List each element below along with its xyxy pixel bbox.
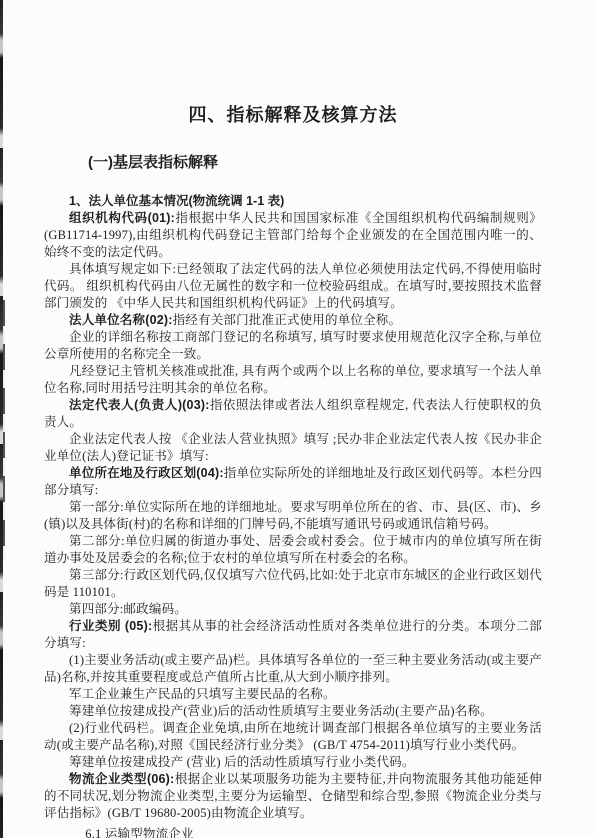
- paragraph: 物流企业类型(06):根据企业以某项服务功能为主要特征,并向物流服务其他功能延伸…: [44, 771, 542, 822]
- document-title: 四、指标解释及核算方法: [44, 102, 542, 128]
- paragraph: 筹建单位按建成投产 (营业) 后的活动性质填写行业小类代码。: [44, 754, 542, 771]
- scanned-document-page: 四、指标解释及核算方法 (一)基层表指标解释 1、法人单位基本情况(物流统调 1…: [0, 0, 594, 838]
- numbered-item: 6.1 运输型物流企业: [44, 826, 542, 838]
- paragraph-list: 组织机构代码(01):指根据中华人民共和国国家标准《全国组织机构代码编制规则》(…: [44, 210, 542, 838]
- paragraph: 筹建单位按建成投产(营业)后的活动性质填写主要业务活动(主要产品)名称。: [44, 703, 542, 720]
- term-label: 法定代表人(负责人)(03):: [69, 398, 210, 412]
- term-label: 物流企业类型(06):: [69, 772, 174, 786]
- paragraph: 具体填写规定如下:已经领取了法定代码的法人单位必须使用法定代码,不得使用临时代码…: [44, 261, 542, 312]
- section-heading: (一)基层表指标解释: [88, 152, 542, 173]
- term-label: 行业类别 (05):: [69, 619, 152, 633]
- paragraph: 行业类别 (05):根据其从事的社会经济活动性质对各类单位进行的分类。本项分二部…: [44, 618, 542, 652]
- paragraph: 法定代表人(负责人)(03):指依照法律或者法人组织章程规定, 代表法人行使职权…: [44, 397, 542, 431]
- scan-edge-artifact: [0, 0, 3, 838]
- paragraph: 法人单位名称(02):指经有关部门批准正式使用的单位全称。: [44, 312, 542, 329]
- paragraph: 第三部分:行政区划代码,仅仅填写六位代码,比如:处于北京市东城区的企业行政区划代…: [44, 567, 542, 601]
- paragraph: 单位所在地及行政区划(04):指单位实际所处的详细地址及行政区划代码等。本栏分四…: [44, 465, 542, 499]
- paragraph: 第二部分:单位归属的街道办事处、居委会或村委会。位于城市内的单位填写所在街道办事…: [44, 533, 542, 567]
- paragraph: 组织机构代码(01):指根据中华人民共和国国家标准《全国组织机构代码编制规则》(…: [44, 210, 542, 261]
- paragraph: 第四部分:邮政编码。: [44, 601, 542, 618]
- paragraph: 第一部分:单位实际所在地的详细地址。要求写明单位所在的省、市、县(区、市)、乡(…: [44, 499, 542, 533]
- subsection-heading: 1、法人单位基本情况(物流统调 1-1 表): [44, 193, 542, 210]
- paragraph: 军工企业兼生产民品的只填写主要民品的名称。: [44, 686, 542, 703]
- paragraph: (2)行业代码栏。调查企业免填,由所在地统计调查部门根据各单位填写的主要业务活动…: [44, 720, 542, 754]
- term-label: 单位所在地及行政区划(04):: [69, 466, 224, 480]
- paragraph: 凡经登记主管机关核准或批准, 具有两个或两个以上名称的单位, 要求填写一个法人单…: [44, 363, 542, 397]
- paragraph: 企业的详细名称按工商部门登记的名称填写, 填写时要求使用规范化汉字全称,与单位公…: [44, 329, 542, 363]
- term-label: 法人单位名称(02):: [69, 313, 173, 327]
- paragraph: (1)主要业务活动(或主要产品)栏。具体填写各单位的一至三种主要业务活动(或主要…: [44, 652, 542, 686]
- term-label: 组织机构代码(01):: [69, 211, 175, 225]
- paragraph: 企业法定代表人按 《企业法人营业执照》填写 ;民办非企业法定代表人按《民办非企业…: [44, 431, 542, 465]
